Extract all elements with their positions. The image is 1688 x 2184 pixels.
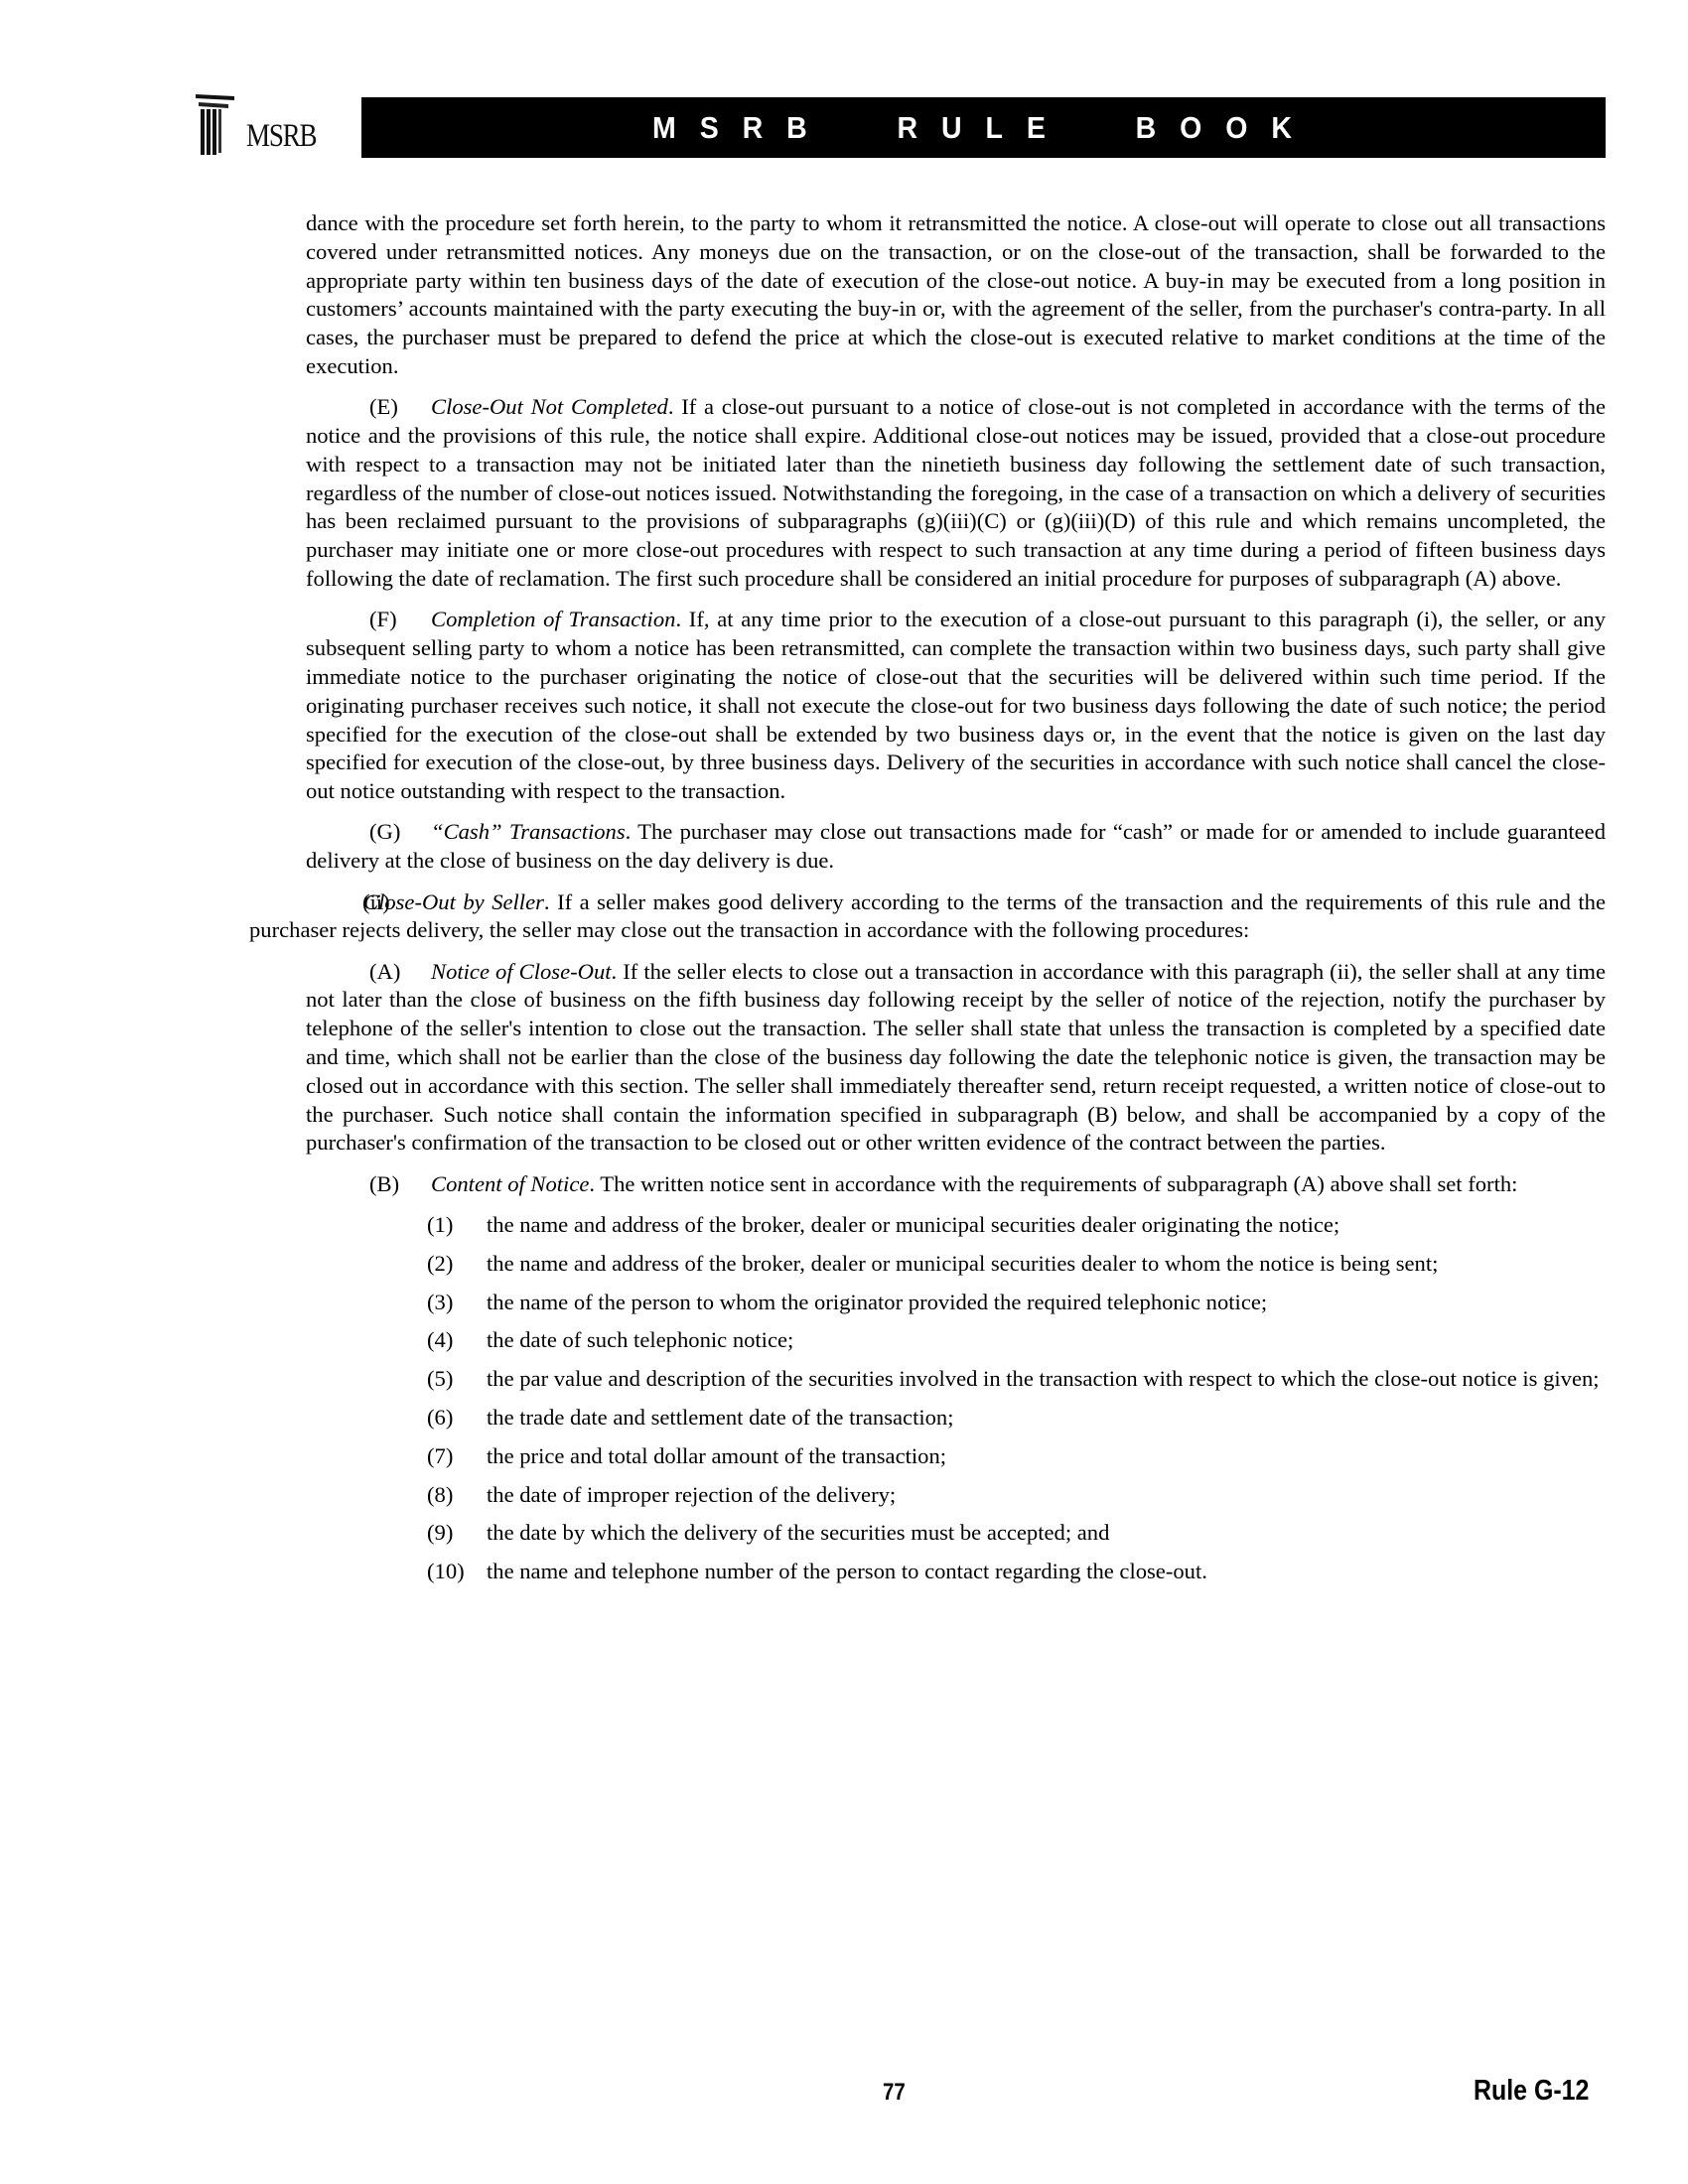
list-item: (5)the par value and description of the … bbox=[306, 1365, 1606, 1394]
paragraph-text: . If, at any time prior to the execution… bbox=[306, 607, 1606, 803]
list-item-text: the date of such telephonic notice; bbox=[487, 1327, 793, 1352]
paragraph-title: “Cash” Transactions bbox=[431, 819, 626, 844]
list-item-text: the price and total dollar amount of the… bbox=[487, 1443, 946, 1468]
paragraph-label: (A) bbox=[369, 958, 431, 987]
paragraph-text: . The written notice sent in accordance … bbox=[589, 1171, 1517, 1196]
list-item: (6)the trade date and settlement date of… bbox=[306, 1404, 1606, 1433]
list-item-text: the name and address of the broker, deal… bbox=[487, 1212, 1339, 1237]
list-item: (8)the date of improper rejection of the… bbox=[306, 1481, 1606, 1510]
paragraph-g: (G)“Cash” Transactions. The purchaser ma… bbox=[306, 818, 1606, 876]
paragraph-title: Notice of Close-Out bbox=[431, 959, 612, 984]
list-item-text: the trade date and settlement date of th… bbox=[487, 1405, 954, 1430]
header-bar: MSRB RULE BOOK bbox=[361, 97, 1606, 158]
list-item-number: (4) bbox=[427, 1326, 487, 1355]
list-item: (9)the date by which the delivery of the… bbox=[306, 1519, 1606, 1548]
list-item-number: (9) bbox=[427, 1519, 487, 1548]
logo-text: MSRB bbox=[246, 120, 316, 153]
paragraph-label: (B) bbox=[369, 1170, 431, 1199]
list-item-number: (6) bbox=[427, 1404, 487, 1433]
paragraph-a: (A)Notice of Close-Out. If the seller el… bbox=[306, 958, 1606, 1159]
list-item-number: (10) bbox=[427, 1558, 487, 1586]
list-item-text: the name of the person to whom the origi… bbox=[487, 1290, 1267, 1314]
rule-label: Rule G-12 bbox=[1474, 2075, 1589, 2108]
list-item: (1)the name and address of the broker, d… bbox=[306, 1211, 1606, 1240]
list-item-text: the date by which the delivery of the se… bbox=[487, 1520, 1109, 1545]
paragraph-label: (F) bbox=[369, 606, 431, 634]
list-item: (4)the date of such telephonic notice; bbox=[306, 1326, 1606, 1355]
paragraph-title: Close-Out Not Completed bbox=[431, 394, 668, 419]
list-item-text: the date of improper rejection of the de… bbox=[487, 1482, 896, 1507]
paragraph-e: (E)Close-Out Not Completed. If a close-o… bbox=[306, 393, 1606, 594]
notice-contents-list: (1)the name and address of the broker, d… bbox=[306, 1211, 1606, 1586]
list-item: (3)the name of the person to whom the or… bbox=[306, 1289, 1606, 1317]
list-item-number: (5) bbox=[427, 1365, 487, 1394]
page-number: 77 bbox=[883, 2079, 906, 2107]
paragraph-title: Content of Notice bbox=[431, 1171, 589, 1196]
list-item-number: (3) bbox=[427, 1289, 487, 1317]
rulebook-title: MSRB RULE BOOK bbox=[652, 110, 1316, 146]
paragraph-title: Completion of Transaction bbox=[431, 607, 675, 631]
msrb-logo: MSRB bbox=[195, 92, 334, 158]
column-pillar-icon bbox=[195, 92, 244, 158]
paragraph-title: Close-Out by Seller bbox=[363, 889, 544, 914]
list-item-number: (8) bbox=[427, 1481, 487, 1510]
document-body: dance with the procedure set forth herei… bbox=[306, 209, 1606, 1596]
list-item-number: (2) bbox=[427, 1250, 487, 1279]
list-item: (10)the name and telephone number of the… bbox=[306, 1558, 1606, 1586]
list-item-text: the name and telephone number of the per… bbox=[487, 1559, 1207, 1583]
paragraph-label: (G) bbox=[369, 818, 431, 847]
paragraph-text: . If the seller elects to close out a tr… bbox=[306, 959, 1606, 1156]
list-item: (7)the price and total dollar amount of … bbox=[306, 1442, 1606, 1471]
list-item-number: (1) bbox=[427, 1211, 487, 1240]
paragraph-b: (B)Content of Notice. The written notice… bbox=[306, 1170, 1606, 1199]
paragraph-f: (F)Completion of Transaction. If, at any… bbox=[306, 606, 1606, 806]
paragraph-ii: (ii)Close-Out by Seller. If a seller mak… bbox=[249, 888, 1606, 946]
list-item-text: the par value and description of the sec… bbox=[487, 1366, 1600, 1391]
list-item-number: (7) bbox=[427, 1442, 487, 1471]
paragraph-label: (ii) bbox=[306, 888, 363, 917]
list-item-text: the name and address of the broker, deal… bbox=[487, 1251, 1438, 1276]
list-item: (2)the name and address of the broker, d… bbox=[306, 1250, 1606, 1279]
continuation-paragraph: dance with the procedure set forth herei… bbox=[306, 209, 1606, 381]
paragraph-label: (E) bbox=[369, 393, 431, 422]
paragraph-text: . If a close-out pursuant to a notice of… bbox=[306, 394, 1606, 591]
